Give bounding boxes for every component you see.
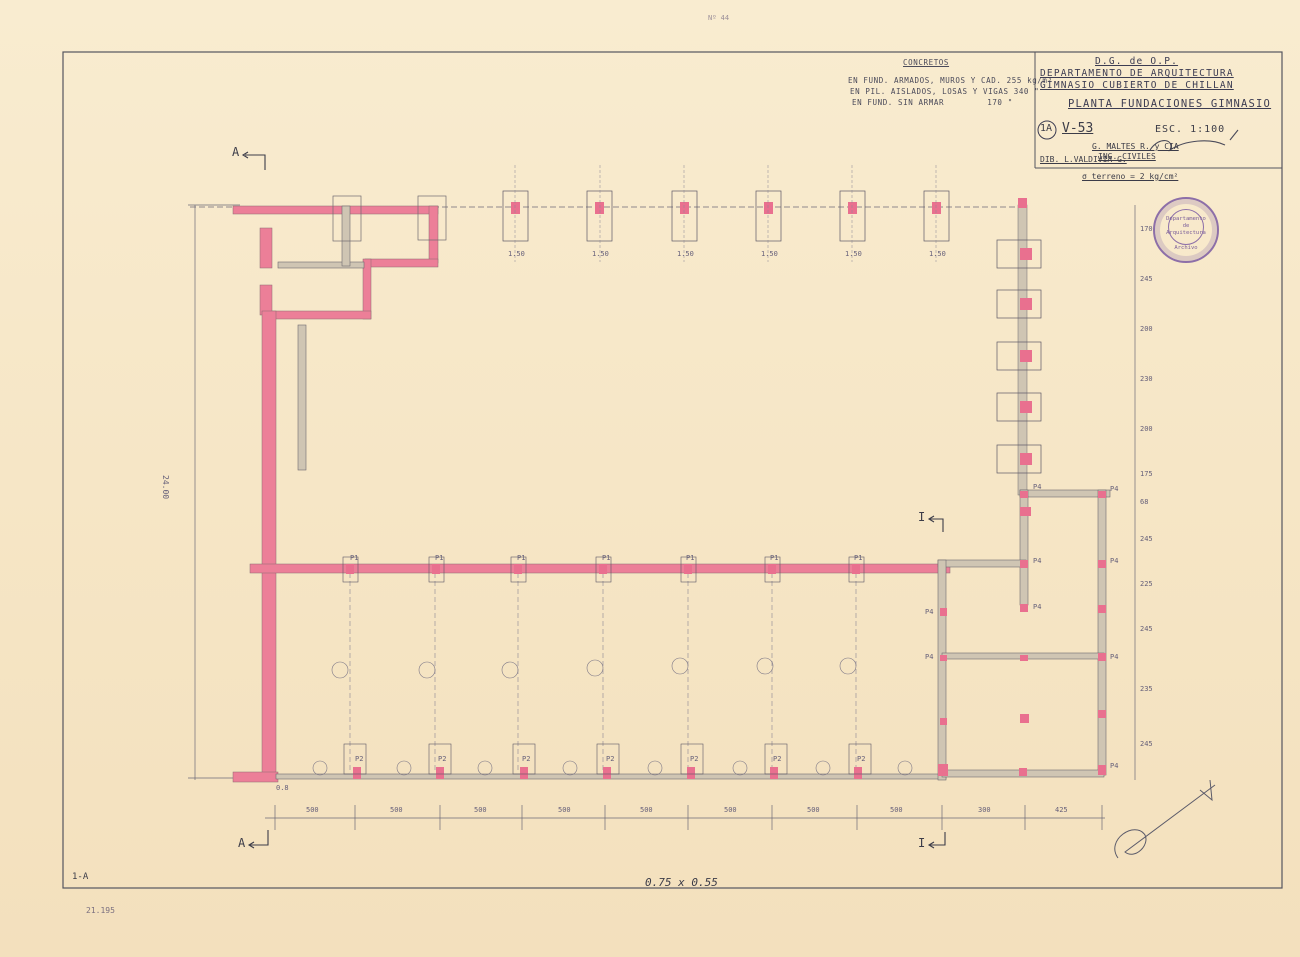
concrete-row-label: EN FUND. SIN ARMAR	[852, 98, 944, 107]
service-block-grey	[276, 206, 946, 779]
pile-label: P1	[686, 554, 694, 562]
archive-stamp: Departamento de Arquitectura Archivo	[1153, 197, 1219, 263]
span-dimension: 500	[807, 806, 820, 814]
annex-label: P4	[925, 608, 933, 616]
concrete-row-unit: "	[1034, 87, 1039, 96]
dimension-lines	[188, 205, 1135, 830]
annex-walls	[938, 490, 1110, 780]
annex-label: P4	[1110, 762, 1118, 770]
right-span: 225	[1140, 580, 1153, 588]
right-span: 175	[1140, 470, 1153, 478]
pile-label: P1	[854, 554, 862, 562]
right-span: 245	[1140, 535, 1153, 543]
column-label: P2	[690, 755, 698, 763]
section-marker-a-top: A	[232, 145, 239, 159]
top-note: Nº 44	[708, 14, 729, 22]
pile-label: P1	[517, 554, 525, 562]
sheet-badge: 1A	[1040, 123, 1052, 134]
firm-name: G. MALTES R. y CIA	[1092, 142, 1179, 151]
footing-width: 1.50	[508, 250, 525, 258]
stamp-bottom-text: Archivo	[1174, 245, 1197, 252]
right-span: 200	[1140, 425, 1153, 433]
concrete-row-label: EN PIL. AISLADOS, LOSAS Y VIGAS	[850, 87, 1009, 96]
column-label: P2	[522, 755, 530, 763]
span-dimension: 500	[640, 806, 653, 814]
paper-size-note: 0.75 x 0.55	[645, 876, 718, 889]
service-block-walls	[233, 206, 950, 782]
right-span: 68	[1140, 498, 1148, 506]
footing-width: 1.50	[761, 250, 778, 258]
pile-label: P1	[602, 554, 610, 562]
span-dimension: 500	[890, 806, 903, 814]
title-agency: D.G. de O.P.	[1095, 56, 1178, 67]
span-dimension: 500	[306, 806, 319, 814]
right-span: 170	[1140, 225, 1153, 233]
span-dimension: 500	[474, 806, 487, 814]
annex-label: P4	[1033, 483, 1041, 491]
soil-note: σ terreno = 2 kg/cm²	[1082, 172, 1178, 181]
sheet-reference: 1-A	[72, 872, 88, 882]
column-label: P2	[355, 755, 363, 763]
footing-width: 1.50	[592, 250, 609, 258]
archive-number: 21.195	[86, 906, 115, 915]
concrete-row-value: 255	[1007, 76, 1022, 85]
concrete-row-1: EN FUND. ARMADOS, MUROS Y CAD. 255 kg/m³	[848, 76, 1053, 85]
corner-dimension: 0.8	[276, 784, 289, 792]
footing-width: 1.50	[677, 250, 694, 258]
stamp-inner: Departamento de Arquitectura	[1168, 209, 1204, 245]
column-label: P2	[606, 755, 614, 763]
drawing-sheet: CONCRETOS EN FUND. ARMADOS, MUROS Y CAD.…	[0, 0, 1300, 957]
pile-label: P1	[350, 554, 358, 562]
right-span: 245	[1140, 625, 1153, 633]
section-marker-i-middle: I	[918, 510, 925, 524]
annex-label: P4	[1033, 603, 1041, 611]
column-label: P2	[438, 755, 446, 763]
column-label: P2	[857, 755, 865, 763]
concrete-row-label: EN FUND. ARMADOS, MUROS Y CAD.	[848, 76, 1001, 85]
sheet-code: V-53	[1062, 121, 1093, 136]
title-department: DEPARTAMENTO DE ARQUITECTURA	[1040, 68, 1234, 79]
concrete-row-3: EN FUND. SIN ARMAR 170 "	[852, 98, 1013, 107]
right-span: 200	[1140, 325, 1153, 333]
span-dimension: 425	[1055, 806, 1068, 814]
right-span: 235	[1140, 685, 1153, 693]
annex-label: P4	[1110, 653, 1118, 661]
concrete-row-2: EN PIL. AISLADOS, LOSAS Y VIGAS 340 "	[850, 87, 1039, 96]
right-span: 245	[1140, 275, 1153, 283]
stamp-text: Arquitectura	[1166, 230, 1206, 237]
footing-width: 1.50	[845, 250, 862, 258]
column-grid	[350, 573, 856, 770]
span-dimension: 500	[724, 806, 737, 814]
title-project: GIMNASIO CUBIERTO DE CHILLAN	[1040, 80, 1234, 91]
span-dimension: 300	[978, 806, 991, 814]
concrete-row-value: 170	[987, 98, 1002, 107]
annex-label: P4	[1033, 557, 1041, 565]
stamp-text: de	[1183, 223, 1190, 230]
span-dimension: 500	[390, 806, 403, 814]
top-footings	[503, 165, 949, 262]
drawn-by: DIB. L.VALDIVIA G.	[1040, 155, 1127, 164]
stamp-text: Departamento	[1166, 216, 1206, 223]
signature-mark	[1115, 780, 1215, 858]
concrete-row-value: 340	[1014, 87, 1029, 96]
concrete-row-unit: "	[1008, 98, 1013, 107]
right-span: 230	[1140, 375, 1153, 383]
pile-label: P1	[770, 554, 778, 562]
column-label: P2	[773, 755, 781, 763]
footing-width: 1.50	[929, 250, 946, 258]
span-dimension: 500	[558, 806, 571, 814]
annex-label: P4	[925, 653, 933, 661]
section-marker-i-bottom: I	[918, 836, 925, 850]
overall-height-dimension: 24.00	[161, 475, 170, 499]
scale-label: ESC. 1:100	[1155, 124, 1225, 135]
annex-label: P4	[1110, 485, 1118, 493]
right-footings	[997, 198, 1041, 495]
annex-label: P4	[1110, 557, 1118, 565]
title-drawing-name: PLANTA FUNDACIONES GIMNASIO	[1068, 98, 1271, 110]
section-marker-a-bottom: A	[238, 836, 245, 850]
concrete-heading: CONCRETOS	[903, 58, 949, 67]
right-span: 245	[1140, 740, 1153, 748]
pile-label: P1	[435, 554, 443, 562]
